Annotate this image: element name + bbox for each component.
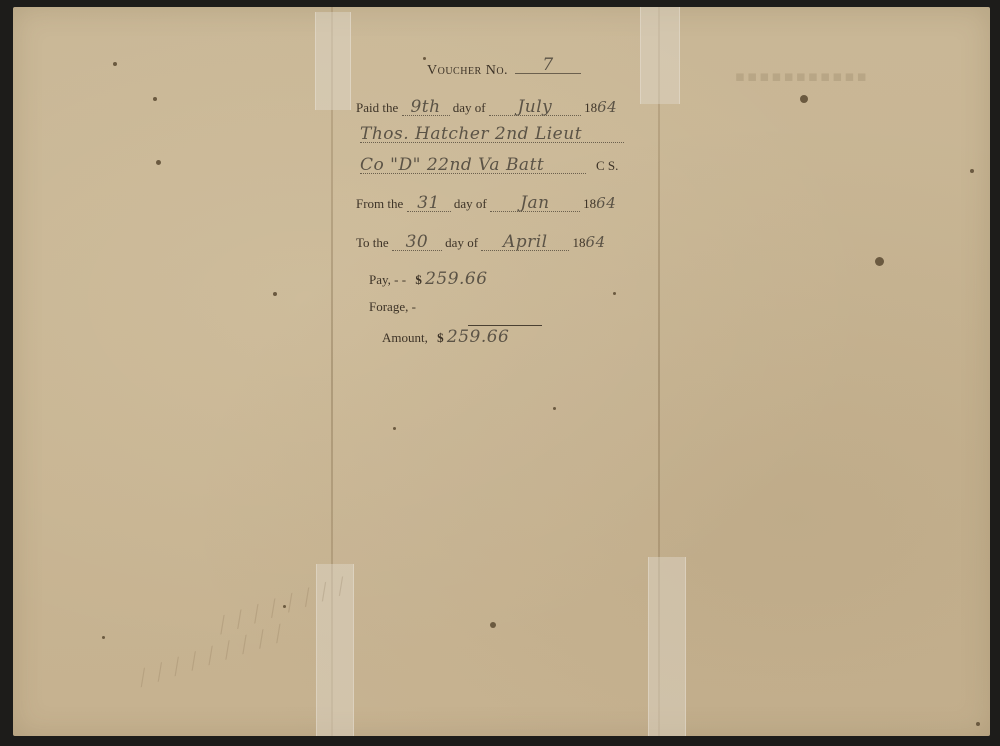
unit-row: Co "D" 22nd Va Batt C S. bbox=[360, 157, 618, 175]
paper-speck bbox=[153, 97, 157, 101]
paper-speck bbox=[393, 427, 396, 430]
pay-row: Pay, - - $ 259.66 bbox=[369, 271, 505, 288]
paper-speck bbox=[283, 605, 286, 608]
forage-label: Forage, - bbox=[369, 299, 416, 314]
amount-currency: $ bbox=[437, 330, 444, 345]
amount-value: 259.66 bbox=[447, 329, 527, 345]
payee-name: Thos. Hatcher 2nd Lieut bbox=[360, 126, 624, 143]
paper-speck bbox=[800, 95, 808, 103]
voucher-title: Voucher No. bbox=[427, 63, 508, 79]
from-year-prefix: 18 bbox=[583, 196, 596, 211]
to-row: To the 30 day of April 1864 bbox=[356, 234, 606, 251]
voucher-number: 7 bbox=[515, 57, 581, 74]
to-day: 30 bbox=[392, 234, 442, 251]
amount-row: Amount, $ 259.66 bbox=[382, 329, 527, 346]
from-day: 31 bbox=[407, 195, 451, 212]
to-day-of-label: day of bbox=[445, 235, 478, 250]
paid-day: 9th bbox=[402, 99, 450, 116]
bleed-through-text: ▪▪▪▪▪▪▪▪▪▪▪ bbox=[733, 67, 867, 85]
scan-frame: ▪▪▪▪▪▪▪▪▪▪▪ ╲ ╲ ╲ ╲ ╲ ╲ ╲ ╲ ╲ ╲ ╲ ╲ ╲ ╲ … bbox=[0, 0, 1000, 746]
voucher-title-label: Voucher No. bbox=[427, 63, 508, 78]
amount-label: Amount, bbox=[382, 330, 428, 345]
paper-speck bbox=[970, 169, 974, 173]
bleed-through-marks: ╲ ╲ ╲ ╲ ╲ ╲ ╲ ╲ ╲ bbox=[134, 624, 285, 689]
to-year-suffix: 64 bbox=[586, 234, 606, 250]
pay-label: Pay, - - bbox=[369, 272, 406, 287]
paid-row: Paid the 9th day of July 1864 bbox=[356, 99, 617, 116]
paper-speck bbox=[875, 257, 884, 266]
unit-suffix: C S. bbox=[596, 158, 618, 173]
paper-speck bbox=[113, 62, 117, 66]
payee-row: Thos. Hatcher 2nd Lieut bbox=[360, 126, 624, 144]
forage-row: Forage, - bbox=[369, 299, 416, 315]
tape-strip-top-right bbox=[640, 7, 680, 104]
paper-speck bbox=[613, 292, 616, 295]
paper-speck bbox=[273, 292, 277, 296]
tape-strip-bottom-right bbox=[648, 557, 686, 736]
sum-rule bbox=[468, 325, 542, 326]
paid-label: Paid the bbox=[356, 100, 398, 115]
paper-speck bbox=[976, 722, 980, 726]
voucher-paper: ▪▪▪▪▪▪▪▪▪▪▪ ╲ ╲ ╲ ╲ ╲ ╲ ╲ ╲ ╲ ╲ ╲ ╲ ╲ ╲ … bbox=[13, 7, 990, 736]
from-day-of-label: day of bbox=[454, 196, 487, 211]
pay-currency: $ bbox=[415, 272, 422, 287]
paper-speck bbox=[156, 160, 161, 165]
from-month: Jan bbox=[490, 195, 580, 212]
paper-speck bbox=[102, 636, 105, 639]
to-month: April bbox=[481, 234, 569, 251]
paid-month: July bbox=[489, 99, 581, 116]
to-year-prefix: 18 bbox=[573, 235, 586, 250]
from-row: From the 31 day of Jan 1864 bbox=[356, 195, 616, 212]
paid-day-of-label: day of bbox=[453, 100, 486, 115]
from-label: From the bbox=[356, 196, 403, 211]
to-label: To the bbox=[356, 235, 389, 250]
unit-name: Co "D" 22nd Va Batt bbox=[360, 157, 586, 174]
tape-strip-top-left bbox=[315, 12, 351, 110]
paper-speck bbox=[553, 407, 556, 410]
from-year-suffix: 64 bbox=[596, 195, 616, 211]
paper-speck bbox=[490, 622, 496, 628]
right-panel bbox=[660, 7, 990, 736]
paid-year-suffix: 64 bbox=[597, 99, 617, 115]
paper-speck bbox=[423, 57, 426, 60]
paid-year-prefix: 18 bbox=[584, 100, 597, 115]
pay-value: 259.66 bbox=[425, 271, 505, 287]
